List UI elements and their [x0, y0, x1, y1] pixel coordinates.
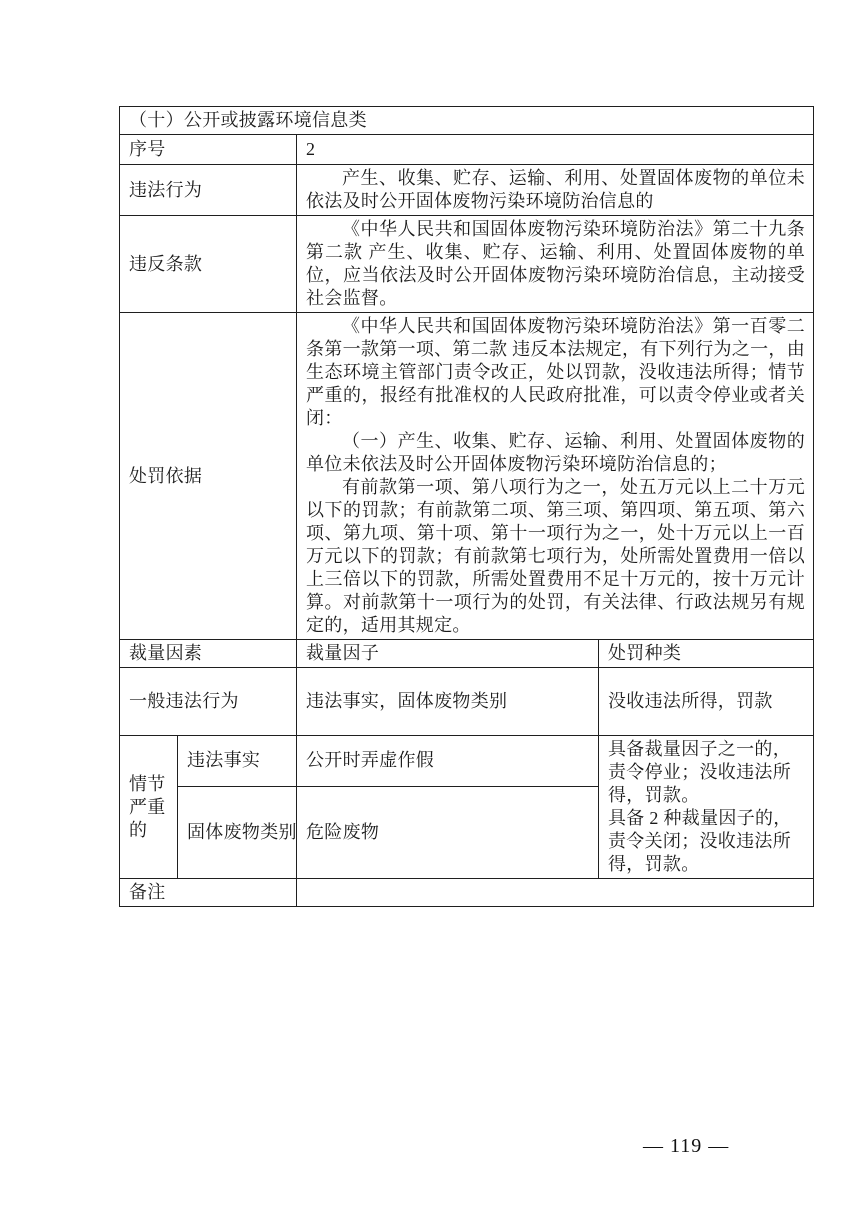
table-row: （十）公开或披露环境信息类: [120, 107, 814, 135]
serious-factor-value: 公开时弄虚作假: [297, 736, 599, 787]
discretion-factor-header: 裁量因子: [297, 640, 599, 668]
table-row: 处罚依据 《中华人民共和国固体废物污染环境防治法》第一百零二条第一款第一项、第二…: [120, 313, 814, 640]
table-row: 违反条款 《中华人民共和国固体废物污染环境防治法》第二十九条第二款 产生、收集、…: [120, 216, 814, 313]
serious-violation-label: 情节严重的: [120, 736, 178, 879]
penalty-type-header: 处罚种类: [599, 640, 814, 668]
violation-discretion-table: （十）公开或披露环境信息类 序号 2 违法行为 产生、收集、贮存、运输、利用、处…: [119, 106, 814, 907]
penalty-basis-label: 处罚依据: [120, 313, 297, 640]
serial-label: 序号: [120, 135, 297, 165]
illegal-act-cell: 产生、收集、贮存、运输、利用、处置固体废物的单位未依法及时公开固体废物污染环境防…: [297, 165, 814, 216]
general-violation-label: 一般违法行为: [120, 668, 297, 736]
serial-value: 2: [297, 135, 814, 165]
penalty-basis-paragraph: 《中华人民共和国固体废物污染环境防治法》第一百零二条第一款第一项、第二款 违反本…: [306, 315, 805, 430]
table-row: 一般违法行为 违法事实，固体废物类别 没收违法所得，罚款: [120, 668, 814, 736]
violated-clause-label: 违反条款: [120, 216, 297, 313]
table-row: 情节严重的 违法事实 公开时弄虚作假 具备裁量因子之一的，责令停业；没收违法所得…: [120, 736, 814, 787]
discretion-factor-category-header: 裁量因素: [120, 640, 297, 668]
table-row: 序号 2: [120, 135, 814, 165]
general-violation-factor: 违法事实，固体废物类别: [297, 668, 599, 736]
violated-clause-cell: 《中华人民共和国固体废物污染环境防治法》第二十九条第二款 产生、收集、贮存、运输…: [297, 216, 814, 313]
serious-factor-name: 违法事实: [178, 736, 297, 787]
document-page: （十）公开或披露环境信息类 序号 2 违法行为 产生、收集、贮存、运输、利用、处…: [0, 0, 868, 1227]
serious-penalty-cell: 具备裁量因子之一的，责令停业；没收违法所得，罚款。 具备 2 种裁量因子的，责令…: [599, 736, 814, 879]
category-header: （十）公开或披露环境信息类: [120, 107, 814, 135]
remark-value: [297, 879, 814, 907]
serious-factor-value: 危险废物: [297, 786, 599, 878]
table-row: 违法行为 产生、收集、贮存、运输、利用、处置固体废物的单位未依法及时公开固体废物…: [120, 165, 814, 216]
serious-factor-name: 固体废物类别: [178, 786, 297, 878]
general-violation-penalty: 没收违法所得，罚款: [599, 668, 814, 736]
remark-label: 备注: [120, 879, 297, 907]
illegal-act-label: 违法行为: [120, 165, 297, 216]
illegal-act-text: 产生、收集、贮存、运输、利用、处置固体废物的单位未依法及时公开固体废物污染环境防…: [306, 167, 805, 213]
table-row: 裁量因素 裁量因子 处罚种类: [120, 640, 814, 668]
serious-penalty-paragraph: 具备 2 种裁量因子的，责令关闭；没收违法所得，罚款。: [608, 807, 805, 876]
serious-penalty-paragraph: 具备裁量因子之一的，责令停业；没收违法所得，罚款。: [608, 738, 805, 807]
penalty-basis-paragraph: （一）产生、收集、贮存、运输、利用、处置固体废物的单位未依法及时公开固体废物污染…: [306, 430, 805, 476]
penalty-basis-paragraph: 有前款第一项、第八项行为之一，处五万元以上二十万元以下的罚款；有前款第二项、第三…: [306, 476, 805, 637]
page-number: — 119 —: [643, 1135, 729, 1158]
penalty-basis-cell: 《中华人民共和国固体废物污染环境防治法》第一百零二条第一款第一项、第二款 违反本…: [297, 313, 814, 640]
table-row: 备注: [120, 879, 814, 907]
violated-clause-text: 《中华人民共和国固体废物污染环境防治法》第二十九条第二款 产生、收集、贮存、运输…: [306, 218, 805, 310]
